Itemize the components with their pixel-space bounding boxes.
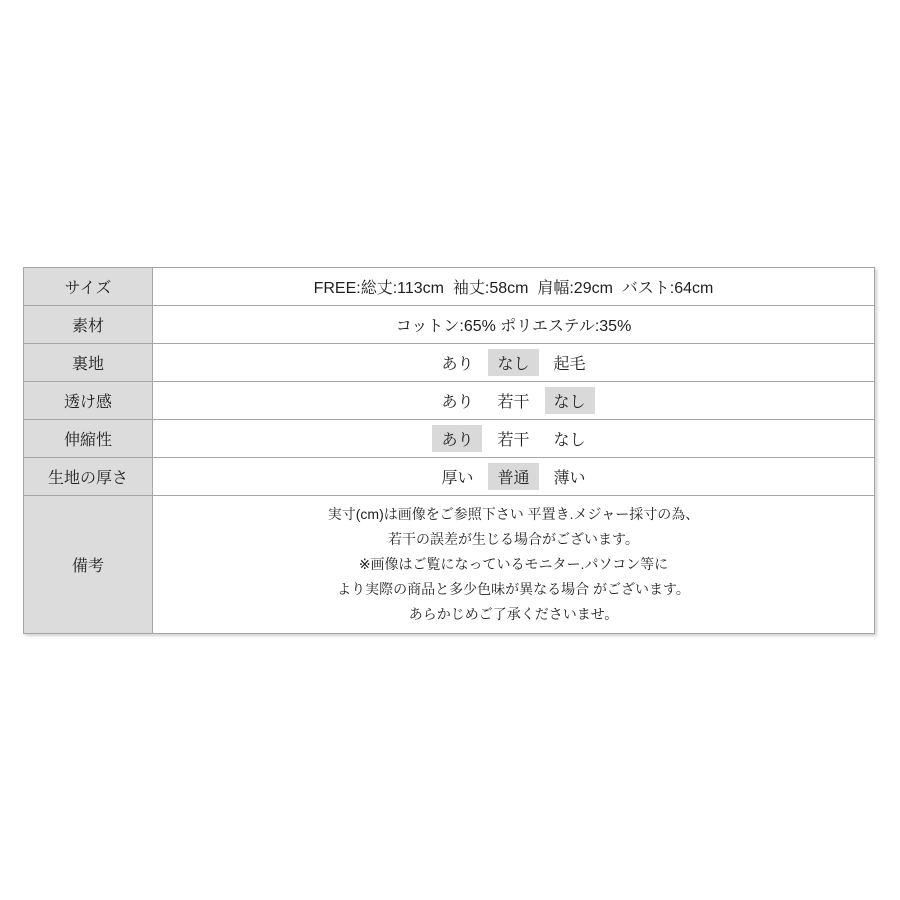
spec-row-size: サイズ FREE:総丈:113cm 袖丈:58cm 肩幅:29cm バスト:64… [24,268,875,306]
lining-options: ありなし起毛 [163,349,864,376]
row-value-stretch: あり若干なし [153,420,875,458]
row-label-size: サイズ [24,268,153,306]
row-value-sheerness: あり若干なし [153,382,875,420]
row-label-stretch: 伸縮性 [24,420,153,458]
spec-row-thickness: 生地の厚さ 厚い普通薄い [24,458,875,496]
spec-row-remarks: 備考 実寸(cm)は画像をご参照下さい 平置き.メジャー採寸の為、若干の誤差が生… [24,496,875,634]
row-label-thickness: 生地の厚さ [24,458,153,496]
spec-row-lining: 裏地 ありなし起毛 [24,344,875,382]
option: 薄い [545,463,595,490]
remarks-line: 実寸(cm)は画像をご参照下さい 平置き.メジャー採寸の為、 [163,502,864,527]
row-label-remarks: 備考 [24,496,153,634]
option: 若干 [488,425,538,452]
remarks-line: ※画像はご覧になっているモニター.パソコン等に [163,552,864,577]
row-value-lining: ありなし起毛 [153,344,875,382]
option-selected: なし [488,349,538,376]
option: あり [432,349,482,376]
row-label-lining: 裏地 [24,344,153,382]
remarks-lines: 実寸(cm)は画像をご参照下さい 平置き.メジャー採寸の為、若干の誤差が生じる場… [163,496,864,633]
row-value-thickness: 厚い普通薄い [153,458,875,496]
option: 起毛 [545,349,595,376]
page-canvas: サイズ FREE:総丈:113cm 袖丈:58cm 肩幅:29cm バスト:64… [0,0,900,900]
remarks-line: 若干の誤差が生じる場合がございます。 [163,527,864,552]
row-label-material: 素材 [24,306,153,344]
spec-row-material: 素材 コットン:65% ポリエステル:35% [24,306,875,344]
row-value-material: コットン:65% ポリエステル:35% [153,306,875,344]
option-selected: 普通 [488,463,538,490]
row-value-size: FREE:総丈:113cm 袖丈:58cm 肩幅:29cm バスト:64cm [153,268,875,306]
remarks-line: より実際の商品と多少色味が異なる場合 がございます。 [163,577,864,602]
size-value-text: FREE:総丈:113cm 袖丈:58cm 肩幅:29cm バスト:64cm [314,280,714,297]
remarks-line: あらかじめご了承くださいませ。 [163,602,864,627]
option-selected: あり [432,425,482,452]
spec-row-stretch: 伸縮性 あり若干なし [24,420,875,458]
stretch-options: あり若干なし [163,425,864,452]
option-selected: なし [545,387,595,414]
material-value-text: コットン:65% ポリエステル:35% [396,318,632,335]
option: 若干 [488,387,538,414]
option: あり [432,387,482,414]
thickness-options: 厚い普通薄い [163,463,864,490]
product-spec-table: サイズ FREE:総丈:113cm 袖丈:58cm 肩幅:29cm バスト:64… [23,267,875,634]
option: 厚い [432,463,482,490]
row-label-sheerness: 透け感 [24,382,153,420]
sheerness-options: あり若干なし [163,387,864,414]
spec-row-sheerness: 透け感 あり若干なし [24,382,875,420]
option: なし [545,425,595,452]
row-value-remarks: 実寸(cm)は画像をご参照下さい 平置き.メジャー採寸の為、若干の誤差が生じる場… [153,496,875,634]
